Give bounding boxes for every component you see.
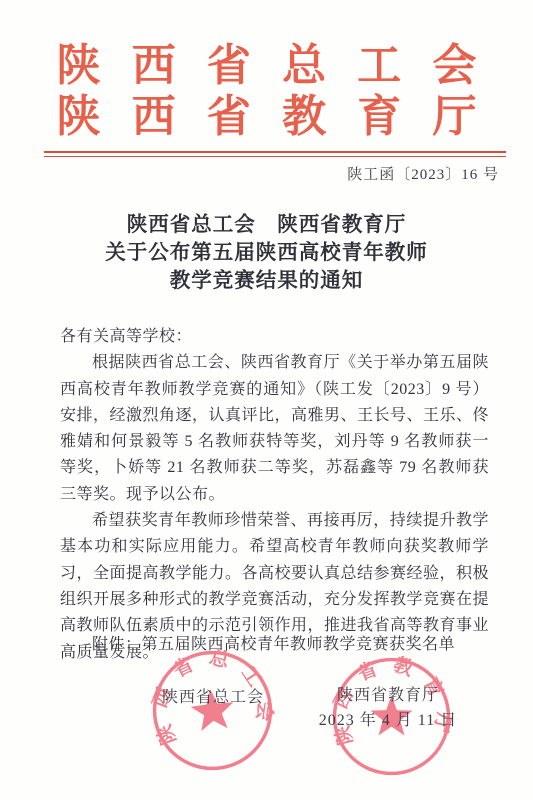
letterhead: 陕西省总工会 陕西省教育厅	[0, 0, 533, 142]
org-name-left: 陕西省总工会	[147, 684, 279, 707]
letterhead-line-1: 陕西省总工会	[57, 40, 477, 91]
notice-title-line-2: 关于公布第五届陕西高校青年教师	[0, 239, 533, 267]
notice-body: 各有关高等学校： 根据陕西省总工会、陕西省教育厅《关于举办第五届陕西高校青年教师…	[60, 324, 489, 666]
salutation: 各有关高等学校：	[60, 324, 489, 350]
issue-date: 2023 年 4 月 11 日	[310, 707, 466, 730]
official-seal-union: 陕西省总工会	[145, 643, 280, 778]
notice-title: 陕西省总工会 陕西省教育厅 关于公布第五届陕西高校青年教师 教学竞赛结果的通知	[0, 211, 533, 295]
org-name-right: 陕西省教育厅	[322, 682, 454, 705]
red-separator-rule	[44, 151, 506, 157]
document-page: 陕西省总工会 陕西省教育厅 陕工函〔2023〕16 号 陕西省总工会 陕西省教育…	[0, 0, 533, 800]
paragraph-1: 根据陕西省总工会、陕西省教育厅《关于举办第五届陕西高校青年教师教学竞赛的通知》（…	[60, 350, 489, 508]
doc-number: 陕工函〔2023〕16 号	[44, 163, 499, 184]
notice-title-line-1: 陕西省总工会 陕西省教育厅	[0, 211, 533, 239]
attachment-note: 附件：第五届陕西高校青年教师教学竞赛获奖名单	[92, 631, 455, 654]
notice-title-line-3: 教学竞赛结果的通知	[0, 267, 533, 295]
letterhead-line-2: 陕西省教育厅	[57, 91, 477, 142]
